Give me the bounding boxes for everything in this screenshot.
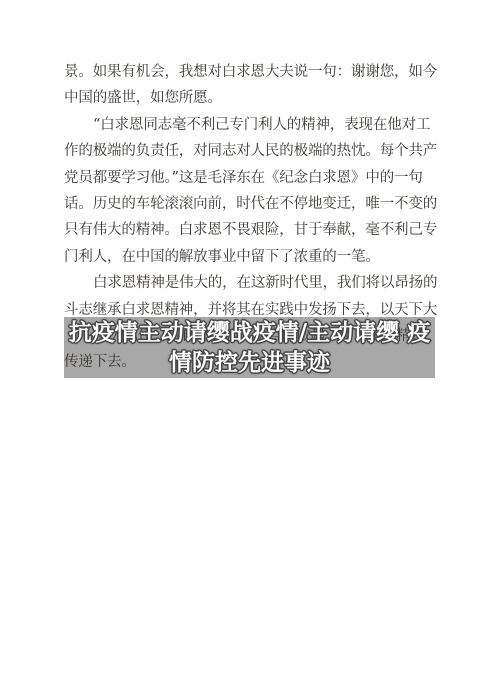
text-line-3: “白求恩同志毫不利己专门利人的精神，表现在他对工 bbox=[64, 112, 438, 138]
text-line-1: 景。如果有机会，我想对白求恩大夫说一句：谢谢您，如今 bbox=[64, 59, 438, 85]
text-line-7: 只有伟大的精神。白求恩不畏艰险，甘于奉献，毫不利己专 bbox=[64, 217, 438, 243]
text-line-9: 白求恩精神是伟大的，在这新时代里，我们将以昂扬的 bbox=[64, 270, 438, 296]
text-line-4: 作的极端的负责任，对同志对人民的极端的热忱。每个共产 bbox=[64, 138, 438, 164]
overlay-title-line-1: 抗疫情主动请缨战疫情/主动请缨 疫 bbox=[64, 318, 435, 348]
text-line-2: 中国的盛世，如您所愿。 bbox=[64, 85, 438, 111]
text-line-6: 话。历史的车轮滚滚向前，时代在不停地变迁，唯一不变的 bbox=[64, 191, 438, 217]
document-page: 景。如果有机会，我想对白求恩大夫说一句：谢谢您，如今 中国的盛世，如您所愿。 “… bbox=[0, 0, 500, 696]
text-line-5: 党员都要学习他。”这是毛泽东在《纪念白求恩》中的一句 bbox=[64, 165, 438, 191]
text-line-8: 门利人，在中国的解放事业中留下了浓重的一笔。 bbox=[64, 244, 438, 270]
overlay-title-line-2: 情防控先进事迹 bbox=[64, 348, 435, 378]
overlay-title: 抗疫情主动请缨战疫情/主动请缨 疫 情防控先进事迹 bbox=[64, 317, 435, 378]
